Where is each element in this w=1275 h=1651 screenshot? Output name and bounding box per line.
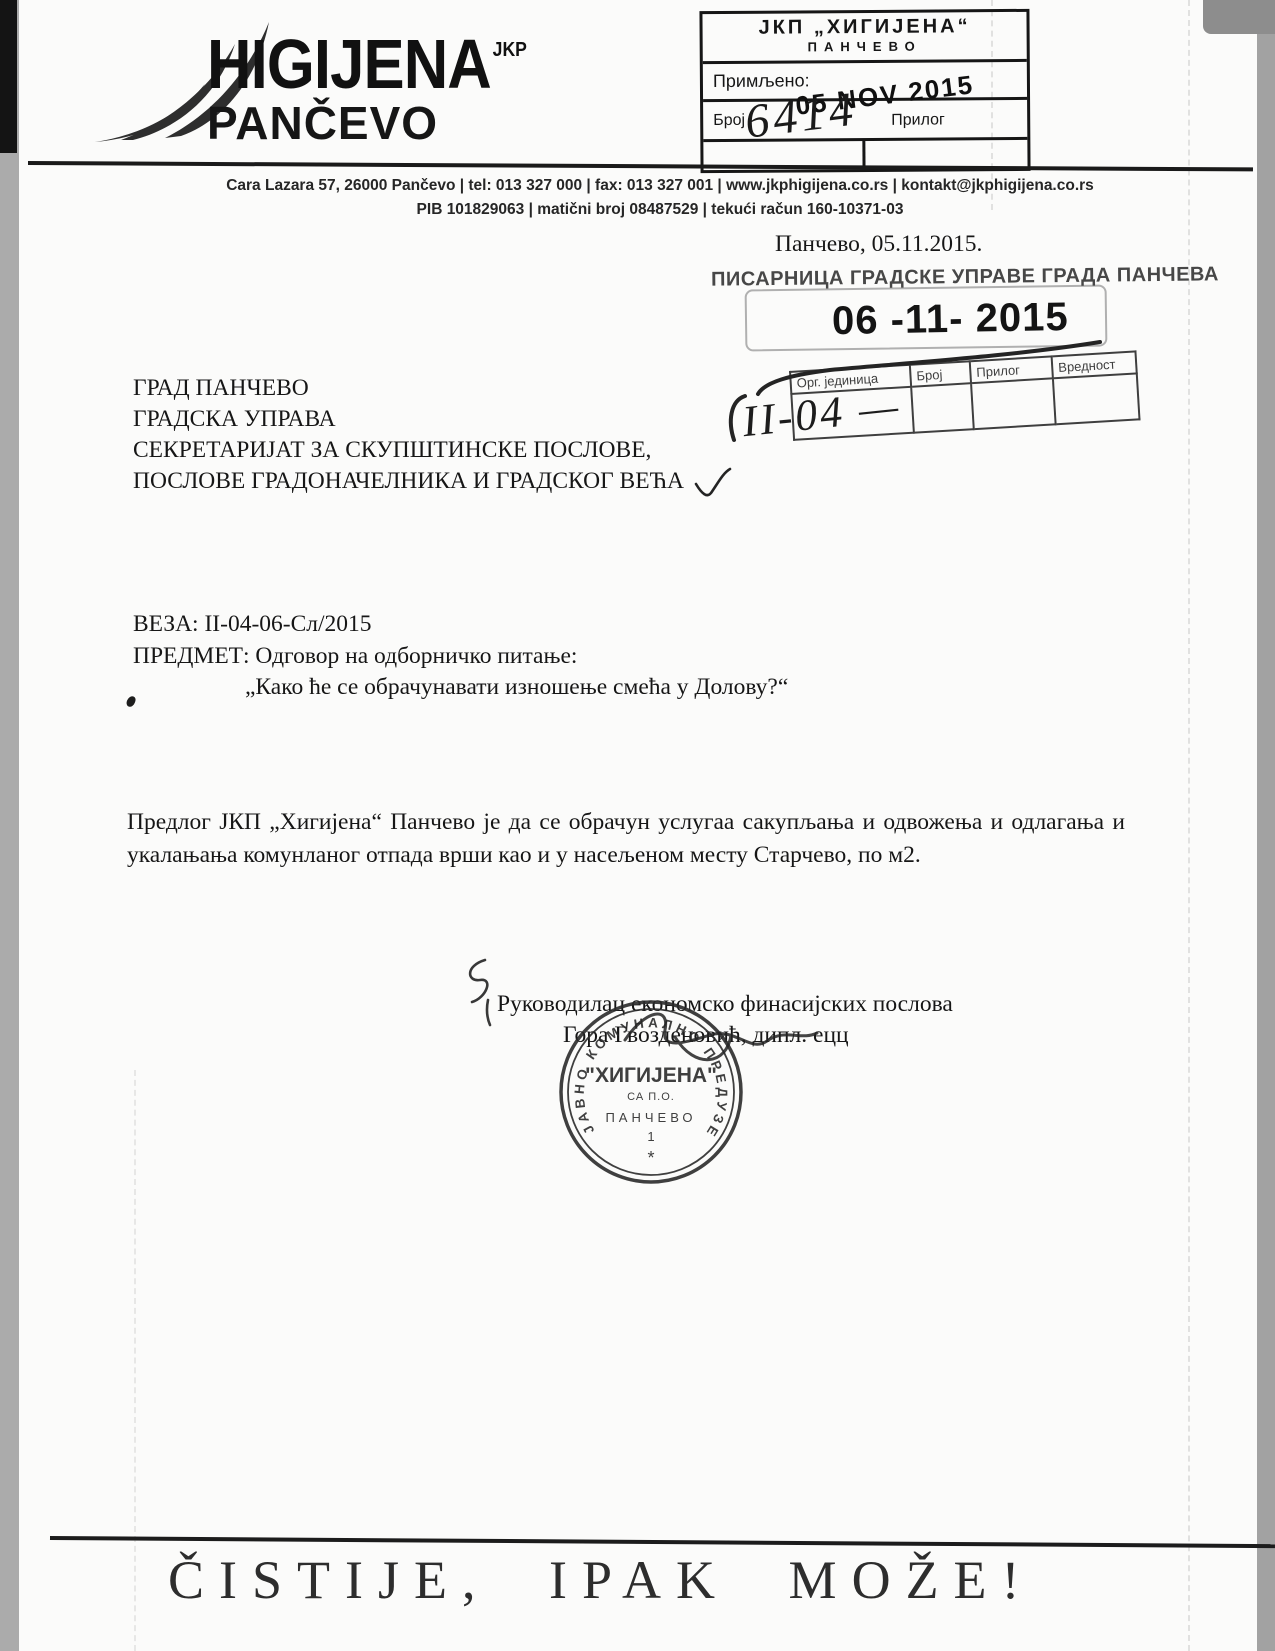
scan-edge-left [0, 0, 19, 1651]
stamp-center-sa-po: СА П.О. [627, 1091, 675, 1103]
letterhead-rule [28, 161, 1253, 171]
received-number-label: Број [713, 112, 745, 129]
logo-city: PANČEVO [207, 96, 569, 150]
received-stamp-org-name: ЈКП „ХИГИЈЕНА“ [702, 15, 1026, 40]
logo-title: HIGIJENAJKP [207, 24, 525, 104]
recipient-line: ПОСЛОВЕ ГРАДОНАЧЕЛНИКА И ГРАДСКОГ ВЕЋА [133, 466, 684, 497]
date-line: Панчево, 05.11.2015. [775, 231, 982, 258]
footer-rule [50, 1536, 1275, 1548]
scanned-letter-page: { "letterhead": { "logo_name": "HIGIJENA… [0, 0, 1275, 1651]
body-paragraph: Предлог ЈКП „Хигијена“ Панчево је да се … [127, 806, 1125, 872]
recipient-line: СЕКРЕТАРИЈАТ ЗА СКУПШТИНСКЕ ПОСЛОВЕ, [133, 435, 684, 466]
initials-scribble [450, 950, 505, 1028]
scan-black-bar [0, 0, 17, 153]
stamp-center-city: ПАНЧЕВО [605, 1110, 696, 1125]
fold-line [134, 1070, 136, 1651]
logo-title-text: HIGIJENA [207, 25, 491, 103]
contact-line-2: PIB 101829063 | matični broj 08487529 | … [45, 201, 1275, 219]
received-stamp-org-city: ПАНЧЕВО [703, 38, 1027, 55]
contact-line-1: Cara Lazara 57, 26000 Pančevo | tel: 013… [45, 177, 1275, 195]
reference-question: „Како ће се обрачунавати изношење смећа … [245, 672, 788, 704]
fold-line [1188, 0, 1190, 1651]
signature-scribble [615, 995, 825, 1085]
recipient-block: ГРАД ПАНЧЕВО ГРАДСКА УПРАВА СЕКРЕТАРИЈАТ… [133, 373, 684, 497]
recipient-line: ГРАД ПАНЧЕВО [133, 373, 684, 404]
scan-edge-right [1257, 0, 1275, 1651]
reference-veza: ВЕЗА: II-04-06-Сл/2015 [133, 609, 788, 641]
stamp-center-number: 1 [647, 1129, 654, 1144]
footer-slogan: ČISTIJE, IPAK MOŽE! [168, 1549, 1035, 1611]
handwritten-checkmark [692, 466, 734, 508]
letterhead-logo: HIGIJENAJKP PANČEVO [207, 24, 569, 150]
reference-subject: ПРЕДМЕТ: Одговор на одборничко питање: [133, 641, 788, 673]
stamp-center-star: * [647, 1148, 654, 1168]
scan-corner-shadow [1203, 0, 1275, 34]
logo-superscript: JKP [493, 39, 527, 61]
handwritten-swoosh [700, 300, 1120, 450]
reference-block: ВЕЗА: II-04-06-Сл/2015 ПРЕДМЕТ: Одговор … [133, 609, 788, 704]
attachment-label: Прилог [891, 111, 945, 129]
recipient-line: ГРАДСКА УПРАВА [133, 404, 684, 435]
